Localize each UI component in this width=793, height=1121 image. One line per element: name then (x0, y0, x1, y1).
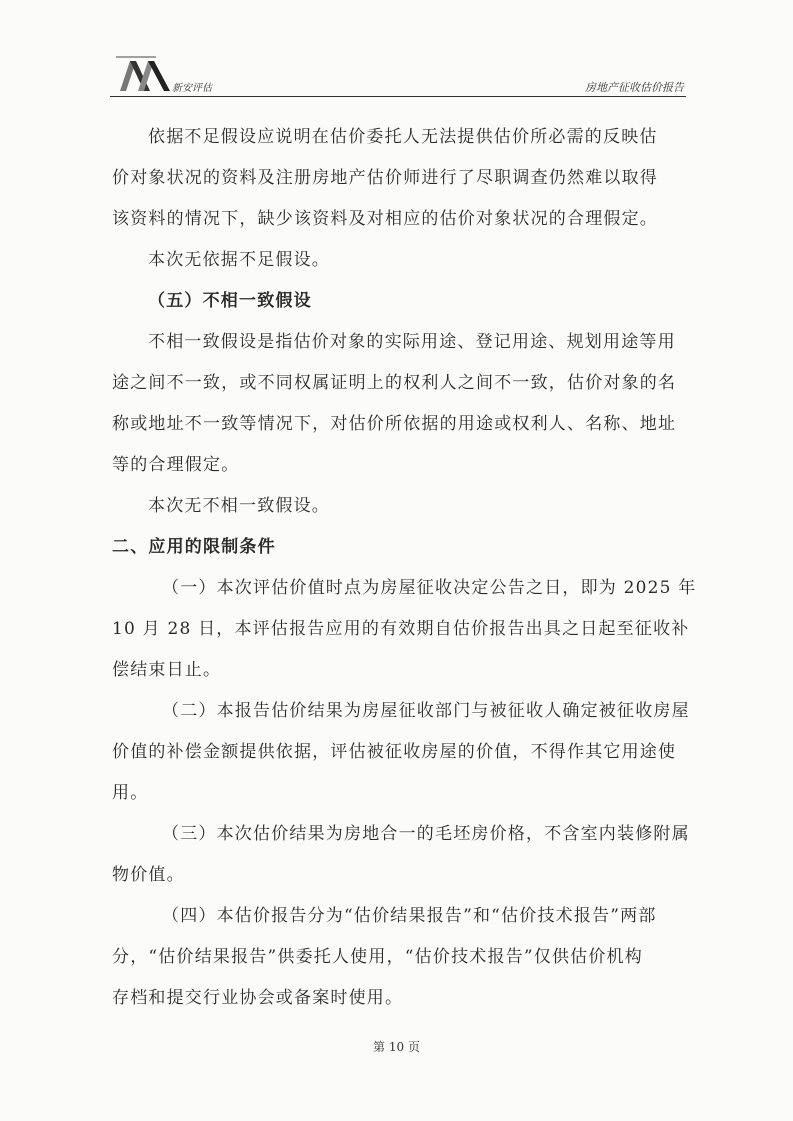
paragraph-line: 称或地址不一致等情况下，对估价所依据的用途或权利人、名称、地址 (112, 404, 684, 445)
paragraph-line: （三）本次估价结果为房地合一的毛坯房价格，不含室内装修附属 (112, 814, 684, 855)
company-name: 新安评估 (172, 79, 212, 94)
paragraph-line: 途之间不一致，或不同权属证明上的权利人之间不一致，估价对象的名 (112, 363, 684, 404)
paragraph-line: 10 月 28 日，本评估报告应用的有效期自估价报告出具之日起至征收补 (112, 609, 684, 650)
paragraph-line: 本次无不相一致假设。 (112, 486, 684, 527)
paragraph-line: 等的合理假定。 (112, 445, 684, 486)
section-heading: （五）不相一致假设 (112, 281, 684, 322)
section-heading: 二、应用的限制条件 (112, 527, 684, 568)
paragraph-line: 价对象状况的资料及注册房地产估价师进行了尽职调查仍然难以取得 (112, 158, 684, 199)
paragraph-line: 用。 (112, 773, 684, 814)
document-body: 依据不足假设应说明在估价委托人无法提供估价所必需的反映估价对象状况的资料及注册房… (112, 117, 684, 1019)
header-divider (110, 96, 686, 97)
paragraph-line: 该资料的情况下，缺少该资料及对相应的估价对象状况的合理假定。 (112, 199, 684, 240)
paragraph-line: 物价值。 (112, 855, 684, 896)
paragraph-line: 本次无依据不足假设。 (112, 240, 684, 281)
paragraph-line: 分，“估价结果报告”供委托人使用，“估价技术报告”仅供估价机构 (112, 937, 684, 978)
paragraph-line: 价值的补偿金额提供依据，评估被征收房屋的价值，不得作其它用途使 (112, 732, 684, 773)
paragraph-line: 不相一致假设是指估价对象的实际用途、登记用途、规划用途等用 (112, 322, 684, 363)
paragraph-line: 偿结束日止。 (112, 650, 684, 691)
paragraph-line: （四）本估价报告分为“估价结果报告”和“估价技术报告”两部 (112, 896, 684, 937)
paragraph-line: 依据不足假设应说明在估价委托人无法提供估价所必需的反映估 (112, 117, 684, 158)
paragraph-line: （一）本次评估价值时点为房屋征收决定公告之日，即为 2025 年 (112, 568, 684, 609)
paragraph-line: 存档和提交行业协会或备案时使用。 (112, 978, 684, 1019)
paragraph-line: （二）本报告估价结果为房屋征收部门与被征收人确定被征收房屋 (112, 691, 684, 732)
report-title: 房地产征收估价报告 (585, 79, 684, 95)
company-logo-icon (116, 55, 176, 93)
page-header: 新安评估 房地产征收估价报告 (110, 55, 686, 97)
page-number: 第 10 页 (0, 1038, 793, 1055)
